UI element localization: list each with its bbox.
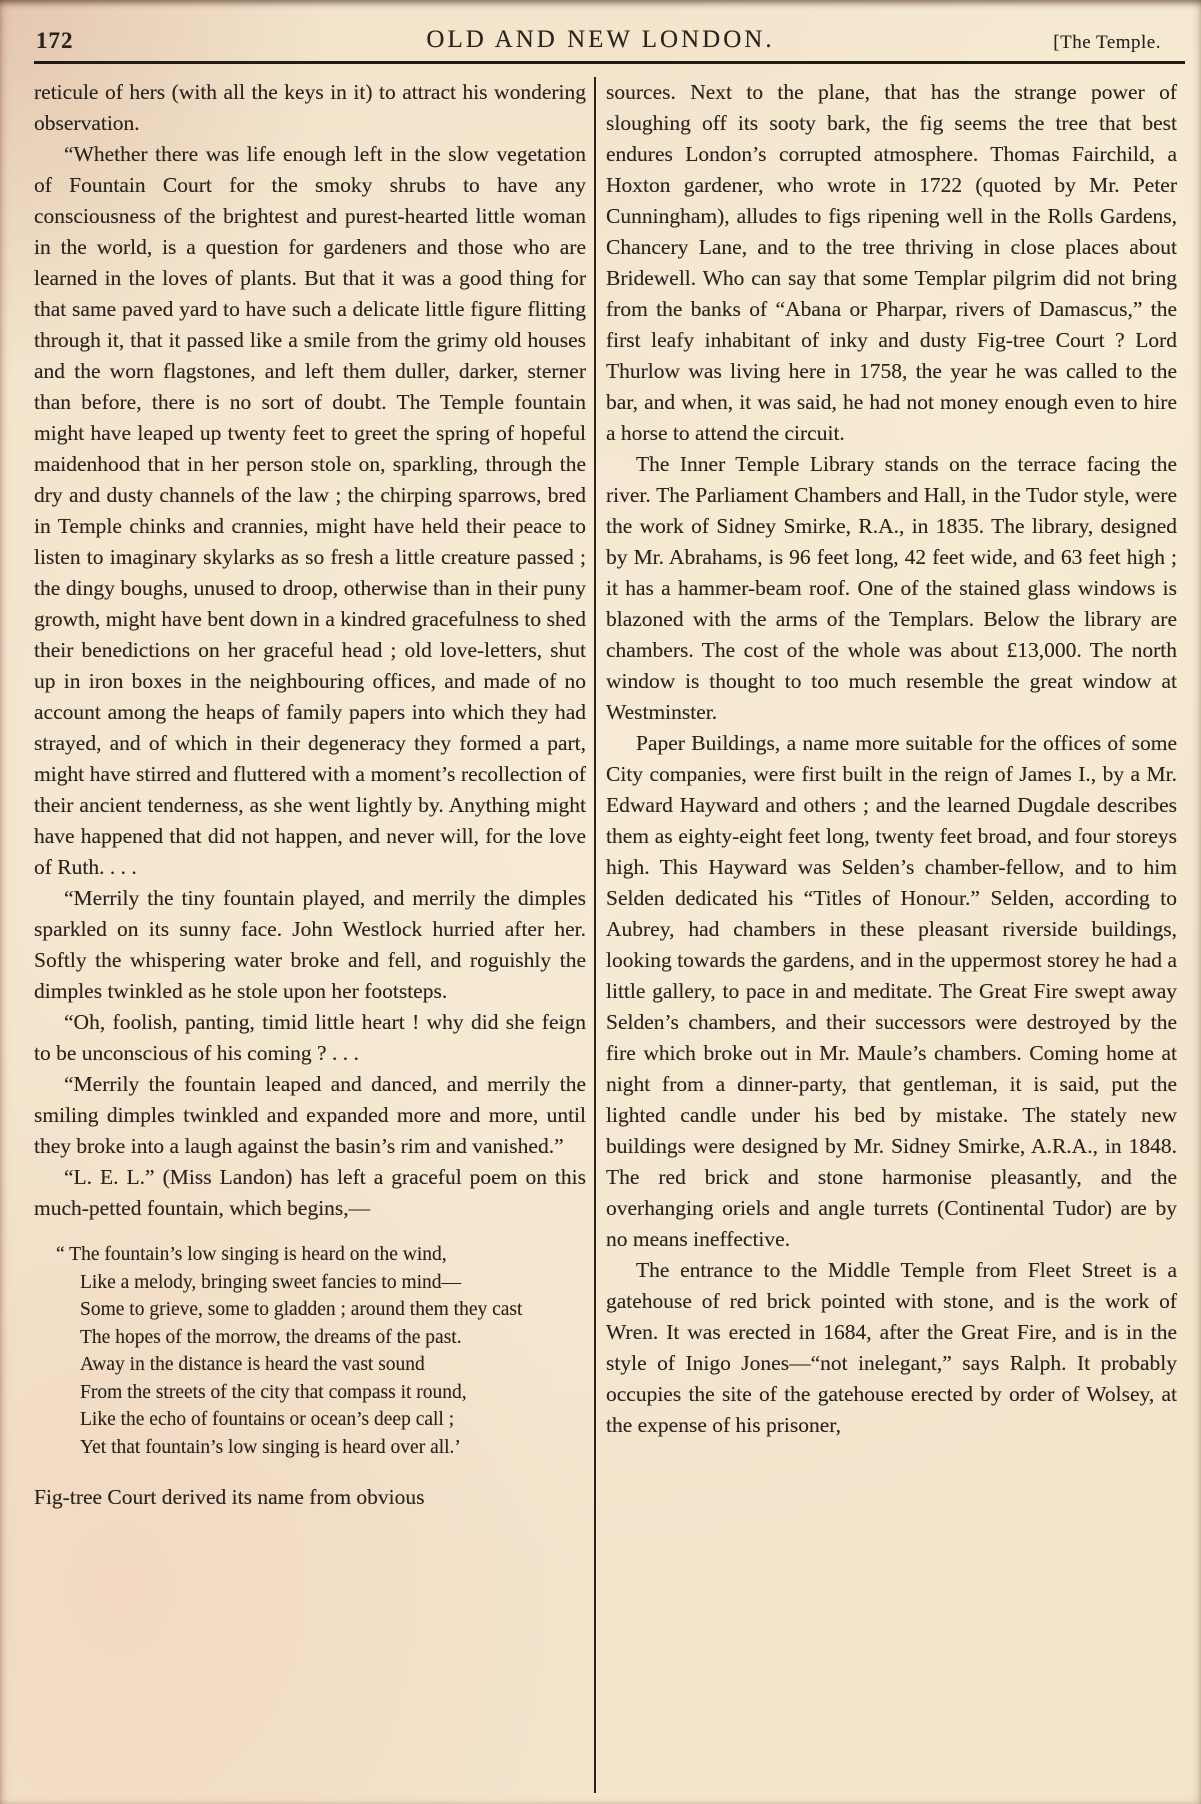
paragraph: Fig-tree Court derived its name from obv… <box>34 1482 586 1513</box>
paragraph: The entrance to the Middle Temple from F… <box>606 1255 1177 1441</box>
page-header: 172 OLD AND NEW LONDON. [The Temple. <box>0 0 1201 54</box>
paragraph: reticule of hers (with all the keys in i… <box>34 77 586 139</box>
poem-line: Some to grieve, some to gladden ; around… <box>80 1296 558 1324</box>
poem-line: The hopes of the morrow, the dreams of t… <box>80 1324 558 1352</box>
poem-line: Like the echo of fountains or ocean’s de… <box>80 1406 558 1434</box>
poem-line: From the streets of the city that compas… <box>80 1379 558 1407</box>
book-page-scan: 172 OLD AND NEW LONDON. [The Temple. ret… <box>0 0 1201 1804</box>
paragraph: “Oh, foolish, panting, timid little hear… <box>34 1007 586 1069</box>
poem-line: Like a melody, bringing sweet fancies to… <box>80 1269 558 1297</box>
paragraph: sources. Next to the plane, that has the… <box>606 77 1177 449</box>
header-rule <box>34 61 1185 64</box>
paragraph: “Merrily the tiny fountain played, and m… <box>34 883 586 1007</box>
left-column: reticule of hers (with all the keys in i… <box>34 77 586 1793</box>
paragraph: “L. E. L.” (Miss Landon) has left a grac… <box>34 1162 586 1224</box>
poem-quotation: “ The fountain’s low singing is heard on… <box>80 1241 558 1461</box>
column-divider <box>594 77 596 1793</box>
poem-line: “ The fountain’s low singing is heard on… <box>56 1241 558 1269</box>
page-title: OLD AND NEW LONDON. <box>426 26 774 54</box>
paragraph: The Inner Temple Library stands on the t… <box>606 449 1177 728</box>
right-column: sources. Next to the plane, that has the… <box>606 77 1177 1793</box>
paragraph: Paper Buildings, a name more suitable fo… <box>606 728 1177 1255</box>
poem-line: Away in the distance is heard the vast s… <box>80 1351 558 1379</box>
poem-line: Yet that fountain’s low singing is heard… <box>80 1434 558 1462</box>
paragraph: “Whether there was life enough left in t… <box>34 139 586 883</box>
page-number: 172 <box>36 28 74 54</box>
paragraph: “Merrily the fountain leaped and danced,… <box>34 1069 586 1162</box>
text-columns: reticule of hers (with all the keys in i… <box>0 77 1201 1793</box>
running-header-section: [The Temple. <box>1053 32 1161 54</box>
